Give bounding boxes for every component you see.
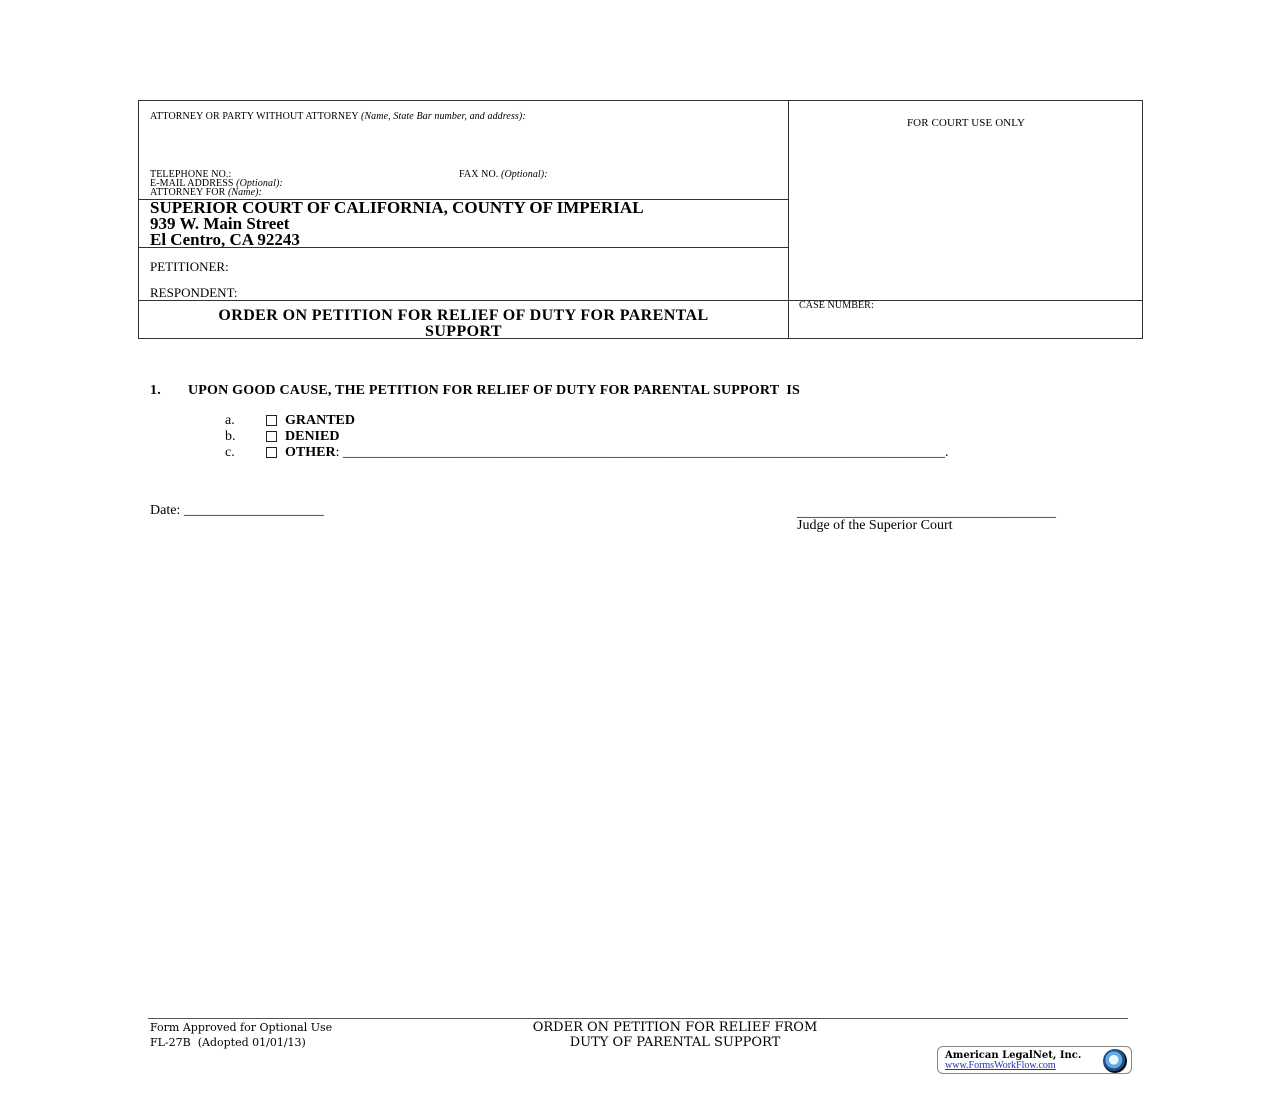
checkbox-other[interactable]: [266, 447, 277, 458]
court-use-only-label: FOR COURT USE ONLY: [789, 117, 1143, 129]
fax-field[interactable]: FAX NO. (Optional):: [459, 169, 548, 180]
attorney-label: ATTORNEY OR PARTY WITHOUT ATTORNEY: [150, 111, 358, 122]
petitioner-field[interactable]: PETITIONER:: [150, 259, 229, 275]
form-title-line1: ORDER ON PETITION FOR RELIEF OF DUTY FOR…: [139, 308, 788, 324]
footer-title-line1: ORDER ON PETITION FOR RELIEF FROM: [470, 1020, 880, 1035]
respondent-field[interactable]: RESPONDENT:: [150, 285, 237, 301]
footer-title: ORDER ON PETITION FOR RELIEF FROM DUTY O…: [470, 1020, 880, 1050]
attorney-hint: (Name, State Bar number, and address):: [361, 111, 526, 122]
form-title-line2: SUPPORT: [139, 324, 788, 340]
globe-logo-icon: [1103, 1049, 1127, 1073]
form-id: FL-27B (Adopted 01/01/13): [150, 1036, 306, 1049]
date-field[interactable]: Date: ____________________: [150, 503, 324, 519]
vendor-badge[interactable]: American LegalNet, Inc. www.FormsWorkFlo…: [937, 1046, 1132, 1074]
item-1-number: 1.: [150, 383, 161, 399]
option-letter: a.: [225, 413, 235, 429]
respondent-label: RESPONDENT:: [150, 285, 237, 300]
caption-table: ATTORNEY OR PARTY WITHOUT ATTORNEY (Name…: [138, 100, 1143, 339]
vendor-link[interactable]: www.FormsWorkFlow.com: [945, 1060, 1056, 1071]
form-approval: Form Approved for Optional Use: [150, 1021, 332, 1034]
attorney-field[interactable]: ATTORNEY OR PARTY WITHOUT ATTORNEY (Name…: [150, 111, 526, 122]
option-letter: c.: [225, 445, 235, 461]
checkbox-granted[interactable]: [266, 415, 277, 426]
petitioner-label: PETITIONER:: [150, 259, 229, 274]
fax-hint: (Optional):: [501, 169, 548, 180]
checkbox-denied[interactable]: [266, 431, 277, 442]
option-other[interactable]: c. OTHER: ______________________________…: [225, 445, 1125, 463]
other-label: OTHER: [285, 445, 336, 460]
court-address-block: SUPERIOR COURT OF CALIFORNIA, COUNTY OF …: [150, 200, 644, 248]
attorney-for-label: ATTORNEY FOR: [150, 187, 225, 198]
option-label: GRANTED: [285, 413, 355, 429]
attorney-for-hint: (Name):: [228, 187, 262, 198]
item-1-text: UPON GOOD CAUSE, THE PETITION FOR RELIEF…: [188, 383, 800, 399]
judge-signature-label: Judge of the Superior Court: [797, 518, 953, 534]
case-number-field[interactable]: CASE NUMBER:: [799, 300, 874, 311]
footer-title-line2: DUTY OF PARENTAL SUPPORT: [470, 1035, 880, 1050]
option-label: OTHER: _________________________________…: [285, 445, 948, 461]
other-blank-line[interactable]: : ______________________________________…: [336, 445, 949, 460]
case-number-label: CASE NUMBER:: [799, 300, 874, 311]
column-divider: [788, 101, 789, 339]
attorney-for-field[interactable]: ATTORNEY FOR (Name):: [150, 187, 262, 198]
form-title: ORDER ON PETITION FOR RELIEF OF DUTY FOR…: [139, 308, 788, 340]
footer-rule: [148, 1018, 1128, 1019]
row-divider: [139, 300, 1143, 301]
fax-label: FAX NO.: [459, 169, 498, 180]
option-letter: b.: [225, 429, 236, 445]
option-label: DENIED: [285, 429, 339, 445]
court-city: El Centro, CA 92243: [150, 232, 644, 248]
